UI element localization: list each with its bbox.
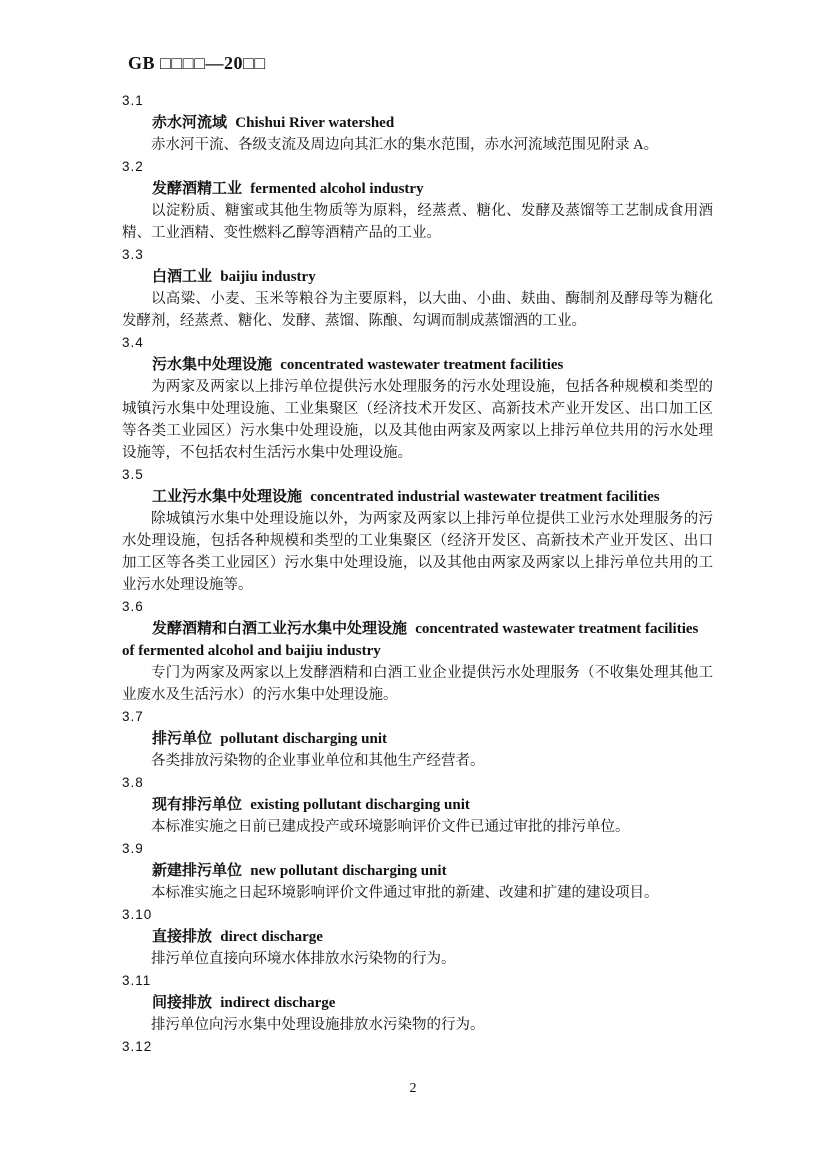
clause-number: 3.3 bbox=[122, 244, 713, 266]
term-chinese: 现有排污单位 bbox=[152, 796, 242, 813]
term-heading: 污水集中处理设施concentrated wastewater treatmen… bbox=[122, 354, 713, 376]
section-3-9: 3.9 新建排污单位new pollutant discharging unit… bbox=[122, 838, 713, 904]
term-english: fermented alcohol industry bbox=[250, 181, 423, 197]
term-heading: 赤水河流域Chishui River watershed bbox=[122, 112, 713, 134]
section-3-8: 3.8 现有排污单位existing pollutant discharging… bbox=[122, 772, 713, 838]
term-english: baijiu industry bbox=[220, 269, 315, 285]
definition-text: 以高粱、小麦、玉米等粮谷为主要原料，以大曲、小曲、麸曲、酶制剂及酵母等为糖化发酵… bbox=[122, 288, 713, 332]
term-english: direct discharge bbox=[220, 929, 323, 945]
section-3-6: 3.6 发酵酒精和白酒工业污水集中处理设施concentrated wastew… bbox=[122, 596, 713, 706]
term-heading: 直接排放direct discharge bbox=[122, 926, 713, 948]
term-english: Chishui River watershed bbox=[235, 115, 394, 131]
term-chinese: 直接排放 bbox=[152, 928, 212, 945]
definition-text: 以淀粉质、糖蜜或其他生物质等为原料，经蒸煮、糖化、发酵及蒸馏等工艺制成食用酒精、… bbox=[122, 200, 713, 244]
definition-text: 除城镇污水集中处理设施以外，为两家及两家以上排污单位提供工业污水处理服务的污水处… bbox=[122, 508, 713, 596]
clause-number: 3.7 bbox=[122, 706, 713, 728]
term-chinese: 新建排污单位 bbox=[152, 862, 242, 879]
definition-text: 赤水河干流、各级支流及周边向其汇水的集水范围，赤水河流域范围见附录 A。 bbox=[122, 134, 713, 156]
clause-number: 3.12 bbox=[122, 1036, 713, 1058]
term-chinese: 赤水河流域 bbox=[152, 114, 227, 131]
section-3-12: 3.12 bbox=[122, 1036, 713, 1058]
term-english: concentrated industrial wastewater treat… bbox=[310, 489, 659, 505]
term-english: new pollutant discharging unit bbox=[250, 863, 446, 879]
term-english: existing pollutant discharging unit bbox=[250, 797, 470, 813]
definition-text: 排污单位直接向环境水体排放水污染物的行为。 bbox=[122, 948, 713, 970]
document-page: GB □□□□—20□□ 3.1 赤水河流域Chishui River wate… bbox=[0, 0, 826, 1169]
definition-text: 各类排放污染物的企业事业单位和其他生产经营者。 bbox=[122, 750, 713, 772]
section-3-5: 3.5 工业污水集中处理设施concentrated industrial wa… bbox=[122, 464, 713, 596]
term-chinese: 间接排放 bbox=[152, 994, 212, 1011]
term-heading: 排污单位pollutant discharging unit bbox=[122, 728, 713, 750]
term-heading: 发酵酒精工业fermented alcohol industry bbox=[122, 178, 713, 200]
term-heading: 发酵酒精和白酒工业污水集中处理设施concentrated wastewater… bbox=[122, 618, 713, 662]
definition-text: 专门为两家及两家以上发酵酒精和白酒工业企业提供污水处理服务（不收集处理其他工业废… bbox=[122, 662, 713, 706]
clause-number: 3.5 bbox=[122, 464, 713, 486]
term-english: concentrated wastewater treatment facili… bbox=[280, 357, 563, 373]
definition-text: 为两家及两家以上排污单位提供污水处理服务的污水处理设施，包括各种规模和类型的城镇… bbox=[122, 376, 713, 464]
standard-number-header: GB □□□□—20□□ bbox=[128, 52, 266, 74]
section-3-10: 3.10 直接排放direct discharge 排污单位直接向环境水体排放水… bbox=[122, 904, 713, 970]
definition-text: 本标准实施之日前已建成投产或环境影响评价文件已通过审批的排污单位。 bbox=[122, 816, 713, 838]
page-number: 2 bbox=[0, 1078, 826, 1100]
section-3-4: 3.4 污水集中处理设施concentrated wastewater trea… bbox=[122, 332, 713, 464]
term-chinese: 发酵酒精和白酒工业污水集中处理设施 bbox=[152, 620, 407, 637]
term-heading: 现有排污单位existing pollutant discharging uni… bbox=[122, 794, 713, 816]
term-chinese: 发酵酒精工业 bbox=[152, 180, 242, 197]
section-3-1: 3.1 赤水河流域Chishui River watershed 赤水河干流、各… bbox=[122, 90, 713, 156]
term-heading: 白酒工业baijiu industry bbox=[122, 266, 713, 288]
terms-and-definitions-content: 3.1 赤水河流域Chishui River watershed 赤水河干流、各… bbox=[122, 90, 713, 1058]
term-english: indirect discharge bbox=[220, 995, 335, 1011]
definition-text: 本标准实施之日起环境影响评价文件通过审批的新建、改建和扩建的建设项目。 bbox=[122, 882, 713, 904]
clause-number: 3.1 bbox=[122, 90, 713, 112]
section-3-3: 3.3 白酒工业baijiu industry 以高粱、小麦、玉米等粮谷为主要原… bbox=[122, 244, 713, 332]
section-3-7: 3.7 排污单位pollutant discharging unit 各类排放污… bbox=[122, 706, 713, 772]
term-english: pollutant discharging unit bbox=[220, 731, 387, 747]
clause-number: 3.4 bbox=[122, 332, 713, 354]
term-chinese: 工业污水集中处理设施 bbox=[152, 488, 302, 505]
clause-number: 3.9 bbox=[122, 838, 713, 860]
clause-number: 3.8 bbox=[122, 772, 713, 794]
section-3-2: 3.2 发酵酒精工业fermented alcohol industry 以淀粉… bbox=[122, 156, 713, 244]
term-chinese: 排污单位 bbox=[152, 730, 212, 747]
clause-number: 3.10 bbox=[122, 904, 713, 926]
clause-number: 3.11 bbox=[122, 970, 713, 992]
term-chinese: 污水集中处理设施 bbox=[152, 356, 272, 373]
term-heading: 新建排污单位new pollutant discharging unit bbox=[122, 860, 713, 882]
clause-number: 3.6 bbox=[122, 596, 713, 618]
term-chinese: 白酒工业 bbox=[152, 268, 212, 285]
term-heading: 间接排放indirect discharge bbox=[122, 992, 713, 1014]
definition-text: 排污单位向污水集中处理设施排放水污染物的行为。 bbox=[122, 1014, 713, 1036]
section-3-11: 3.11 间接排放indirect discharge 排污单位向污水集中处理设… bbox=[122, 970, 713, 1036]
term-heading: 工业污水集中处理设施concentrated industrial wastew… bbox=[122, 486, 713, 508]
clause-number: 3.2 bbox=[122, 156, 713, 178]
